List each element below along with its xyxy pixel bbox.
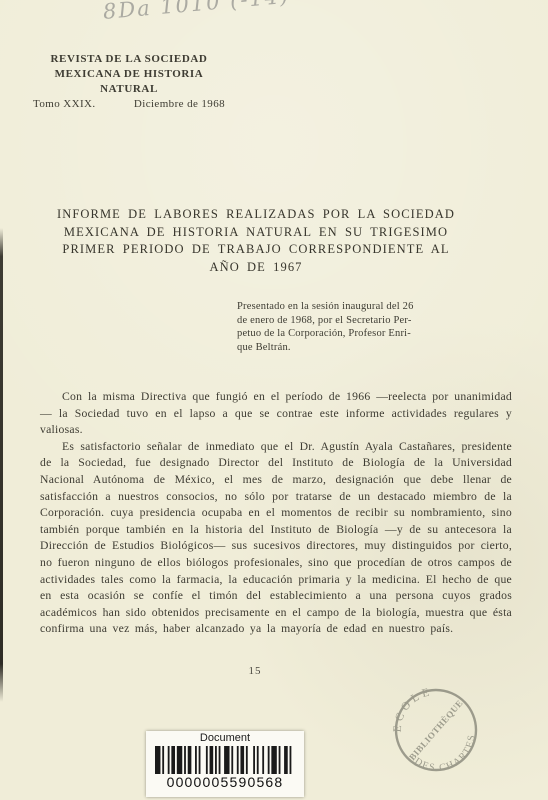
journal-masthead: REVISTA DE LA SOCIEDAD MEXICANA DE HISTO… xyxy=(33,52,225,112)
page-number: 15 xyxy=(240,665,270,677)
scanned-document-page: 8Da 1010 (-14) REVISTA DE LA SOCIEDAD ME… xyxy=(0,0,548,800)
article-title: INFORME DE LABORES REALIZADAS POR LA SOC… xyxy=(54,206,458,276)
note-line: que Beltrán. xyxy=(237,341,489,355)
library-stamp: ECOLE DES CHARTES BIBLIOTHÈQUE xyxy=(381,675,491,785)
volume-label: Tomo XXIX. xyxy=(33,97,96,112)
issue-date: Diciembre de 1968 xyxy=(134,97,225,112)
note-line: de enero de 1968, por el Secretario Per- xyxy=(237,314,489,328)
title-line: INFORME DE LABORES REALIZADAS POR LA SOC… xyxy=(54,206,458,224)
scan-edge-shadow xyxy=(0,228,3,702)
note-line: Presentado en la sesión inaugural del 26 xyxy=(237,300,489,314)
presentation-note: Presentado en la sesión inaugural del 26… xyxy=(237,300,489,354)
barcode-label: Document 0000005590568 xyxy=(146,731,304,797)
article-body: Con la misma Directiva que fungió en el … xyxy=(40,389,512,638)
handwritten-pencil-note: 8Da 1010 (-14) xyxy=(102,0,303,24)
paragraph: Con la misma Directiva que fungió en el … xyxy=(40,389,512,439)
volume-date-row: Tomo XXIX. Diciembre de 1968 xyxy=(33,97,225,112)
title-line: AÑO DE 1967 xyxy=(54,259,458,277)
journal-name-line1: REVISTA DE LA SOCIEDAD xyxy=(33,52,225,67)
stamp-center-text: BIBLIOTHÈQUE xyxy=(407,698,465,762)
paragraph: Es satisfactorio señalar de inmediato qu… xyxy=(40,439,512,638)
note-line: petuo de la Corporación, Profesor Enri- xyxy=(237,327,489,341)
stamp-arc-bottom-text: DES CHARTES xyxy=(409,730,487,784)
title-line: PRIMER PERIODO DE TRABAJO CORRESPONDIENT… xyxy=(54,241,458,259)
title-line: MEXICANA DE HISTORIA NATURAL EN SU TRIGE… xyxy=(54,224,458,242)
barcode-bars xyxy=(155,746,295,774)
barcode-title: Document xyxy=(200,732,250,745)
barcode-number: 0000005590568 xyxy=(167,774,284,790)
journal-name-line2: MEXICANA DE HISTORIA NATURAL xyxy=(33,67,225,97)
